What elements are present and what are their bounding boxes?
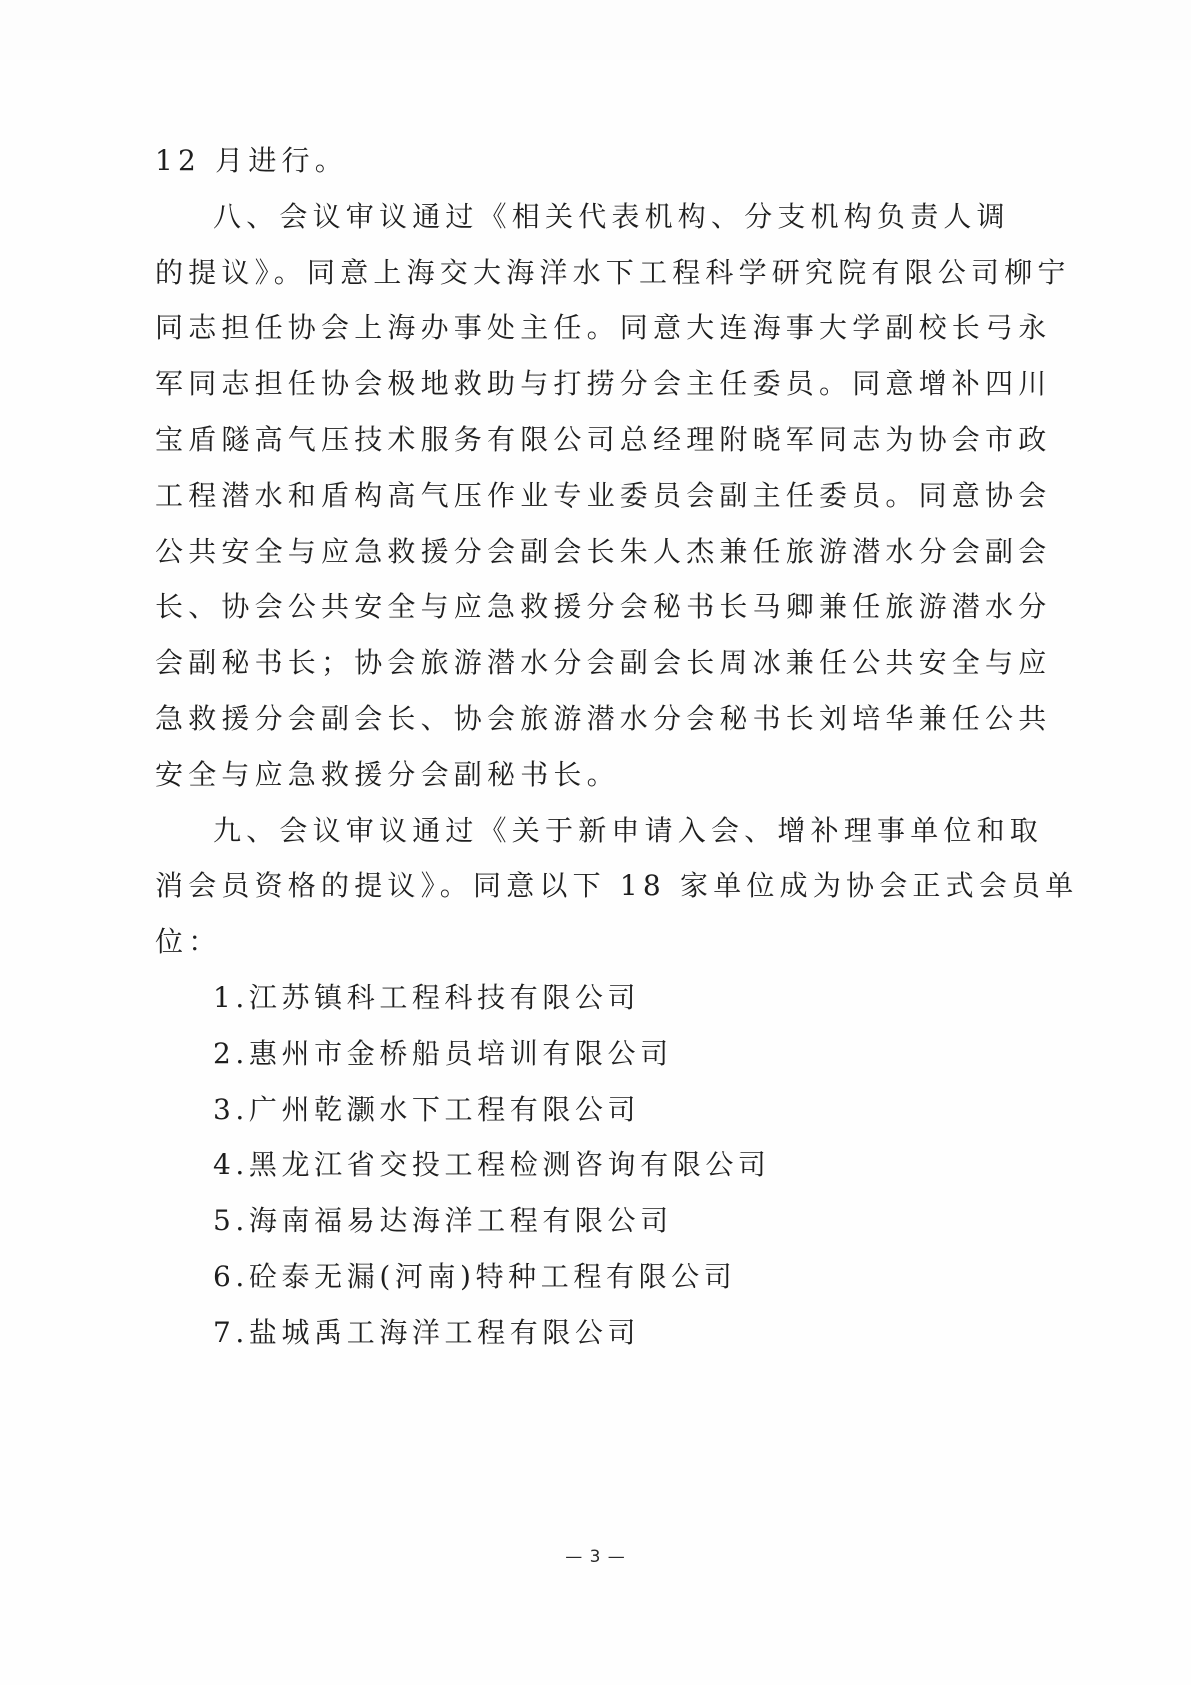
list-item: 1.江苏镇科工程科技有限公司 xyxy=(155,970,985,1026)
list-item: 6.砼泰无漏(河南)特种工程有限公司 xyxy=(155,1249,985,1305)
text-line: 工程潜水和盾构高气压作业专业委员会副主任委员。同意协会 xyxy=(155,468,985,524)
company-name: 黑龙江省交投工程检测咨询有限公司 xyxy=(249,1148,771,1181)
list-number: 2. xyxy=(213,1037,249,1070)
list-item: 7.盐城禹工海洋工程有限公司 xyxy=(155,1305,985,1361)
text-line: 公共安全与应急救援分会副会长朱人杰兼任旅游潜水分会副会 xyxy=(155,524,985,580)
header-watermark-band xyxy=(0,0,1191,60)
text-line: 同志担任协会上海办事处主任。同意大连海事大学副校长弓永 xyxy=(155,300,985,356)
list-item: 2.惠州市金桥船员培训有限公司 xyxy=(155,1026,985,1082)
text-line: 宝盾隧高气压技术服务有限公司总经理附晓军同志为协会市政 xyxy=(155,412,985,468)
company-name: 广州乾灏水下工程有限公司 xyxy=(249,1093,640,1126)
text-line: 位： xyxy=(155,914,985,970)
section-9-heading-line: 九、会议审议通过《关于新申请入会、增补理事单位和取 xyxy=(155,803,985,859)
text-line: 12 月进行。 xyxy=(155,133,985,189)
text-line: 的提议》。同意上海交大海洋水下工程科学研究院有限公司柳宁 xyxy=(155,245,985,301)
section-8-heading-line: 八、会议审议通过《相关代表机构、分支机构负责人调 xyxy=(155,189,985,245)
list-number: 4. xyxy=(213,1148,249,1181)
company-name: 盐城禹工海洋工程有限公司 xyxy=(249,1316,640,1349)
text-line: 消会员资格的提议》。同意以下 18 家单位成为协会正式会员单 xyxy=(155,858,985,914)
list-number: 1. xyxy=(213,981,249,1014)
list-number: 3. xyxy=(213,1093,249,1126)
page-number: — 3 — xyxy=(0,1547,1191,1567)
company-name: 惠州市金桥船员培训有限公司 xyxy=(249,1037,673,1070)
list-number: 6. xyxy=(213,1260,249,1293)
list-number: 7. xyxy=(213,1316,249,1349)
text-line: 军同志担任协会极地救助与打捞分会主任委员。同意增补四川 xyxy=(155,356,985,412)
text-line: 急救援分会副会长、协会旅游潜水分会秘书长刘培华兼任公共 xyxy=(155,691,985,747)
list-number: 5. xyxy=(213,1204,249,1237)
company-name: 砼泰无漏(河南)特种工程有限公司 xyxy=(249,1260,736,1293)
body-text: 12 月进行。 八、会议审议通过《相关代表机构、分支机构负责人调 的提议》。同意… xyxy=(155,133,985,1361)
list-item: 3.广州乾灏水下工程有限公司 xyxy=(155,1082,985,1138)
member-list: 1.江苏镇科工程科技有限公司 2.惠州市金桥船员培训有限公司 3.广州乾灏水下工… xyxy=(155,970,985,1361)
list-item: 5.海南福易达海洋工程有限公司 xyxy=(155,1193,985,1249)
company-name: 江苏镇科工程科技有限公司 xyxy=(249,981,640,1014)
document-page: 12 月进行。 八、会议审议通过《相关代表机构、分支机构负责人调 的提议》。同意… xyxy=(0,0,1191,1685)
company-name: 海南福易达海洋工程有限公司 xyxy=(249,1204,673,1237)
text-line: 长、协会公共安全与应急救援分会秘书长马卿兼任旅游潜水分 xyxy=(155,579,985,635)
text-line: 安全与应急救援分会副秘书长。 xyxy=(155,747,985,803)
list-item: 4.黑龙江省交投工程检测咨询有限公司 xyxy=(155,1137,985,1193)
text-line: 会副秘书长；协会旅游潜水分会副会长周冰兼任公共安全与应 xyxy=(155,635,985,691)
